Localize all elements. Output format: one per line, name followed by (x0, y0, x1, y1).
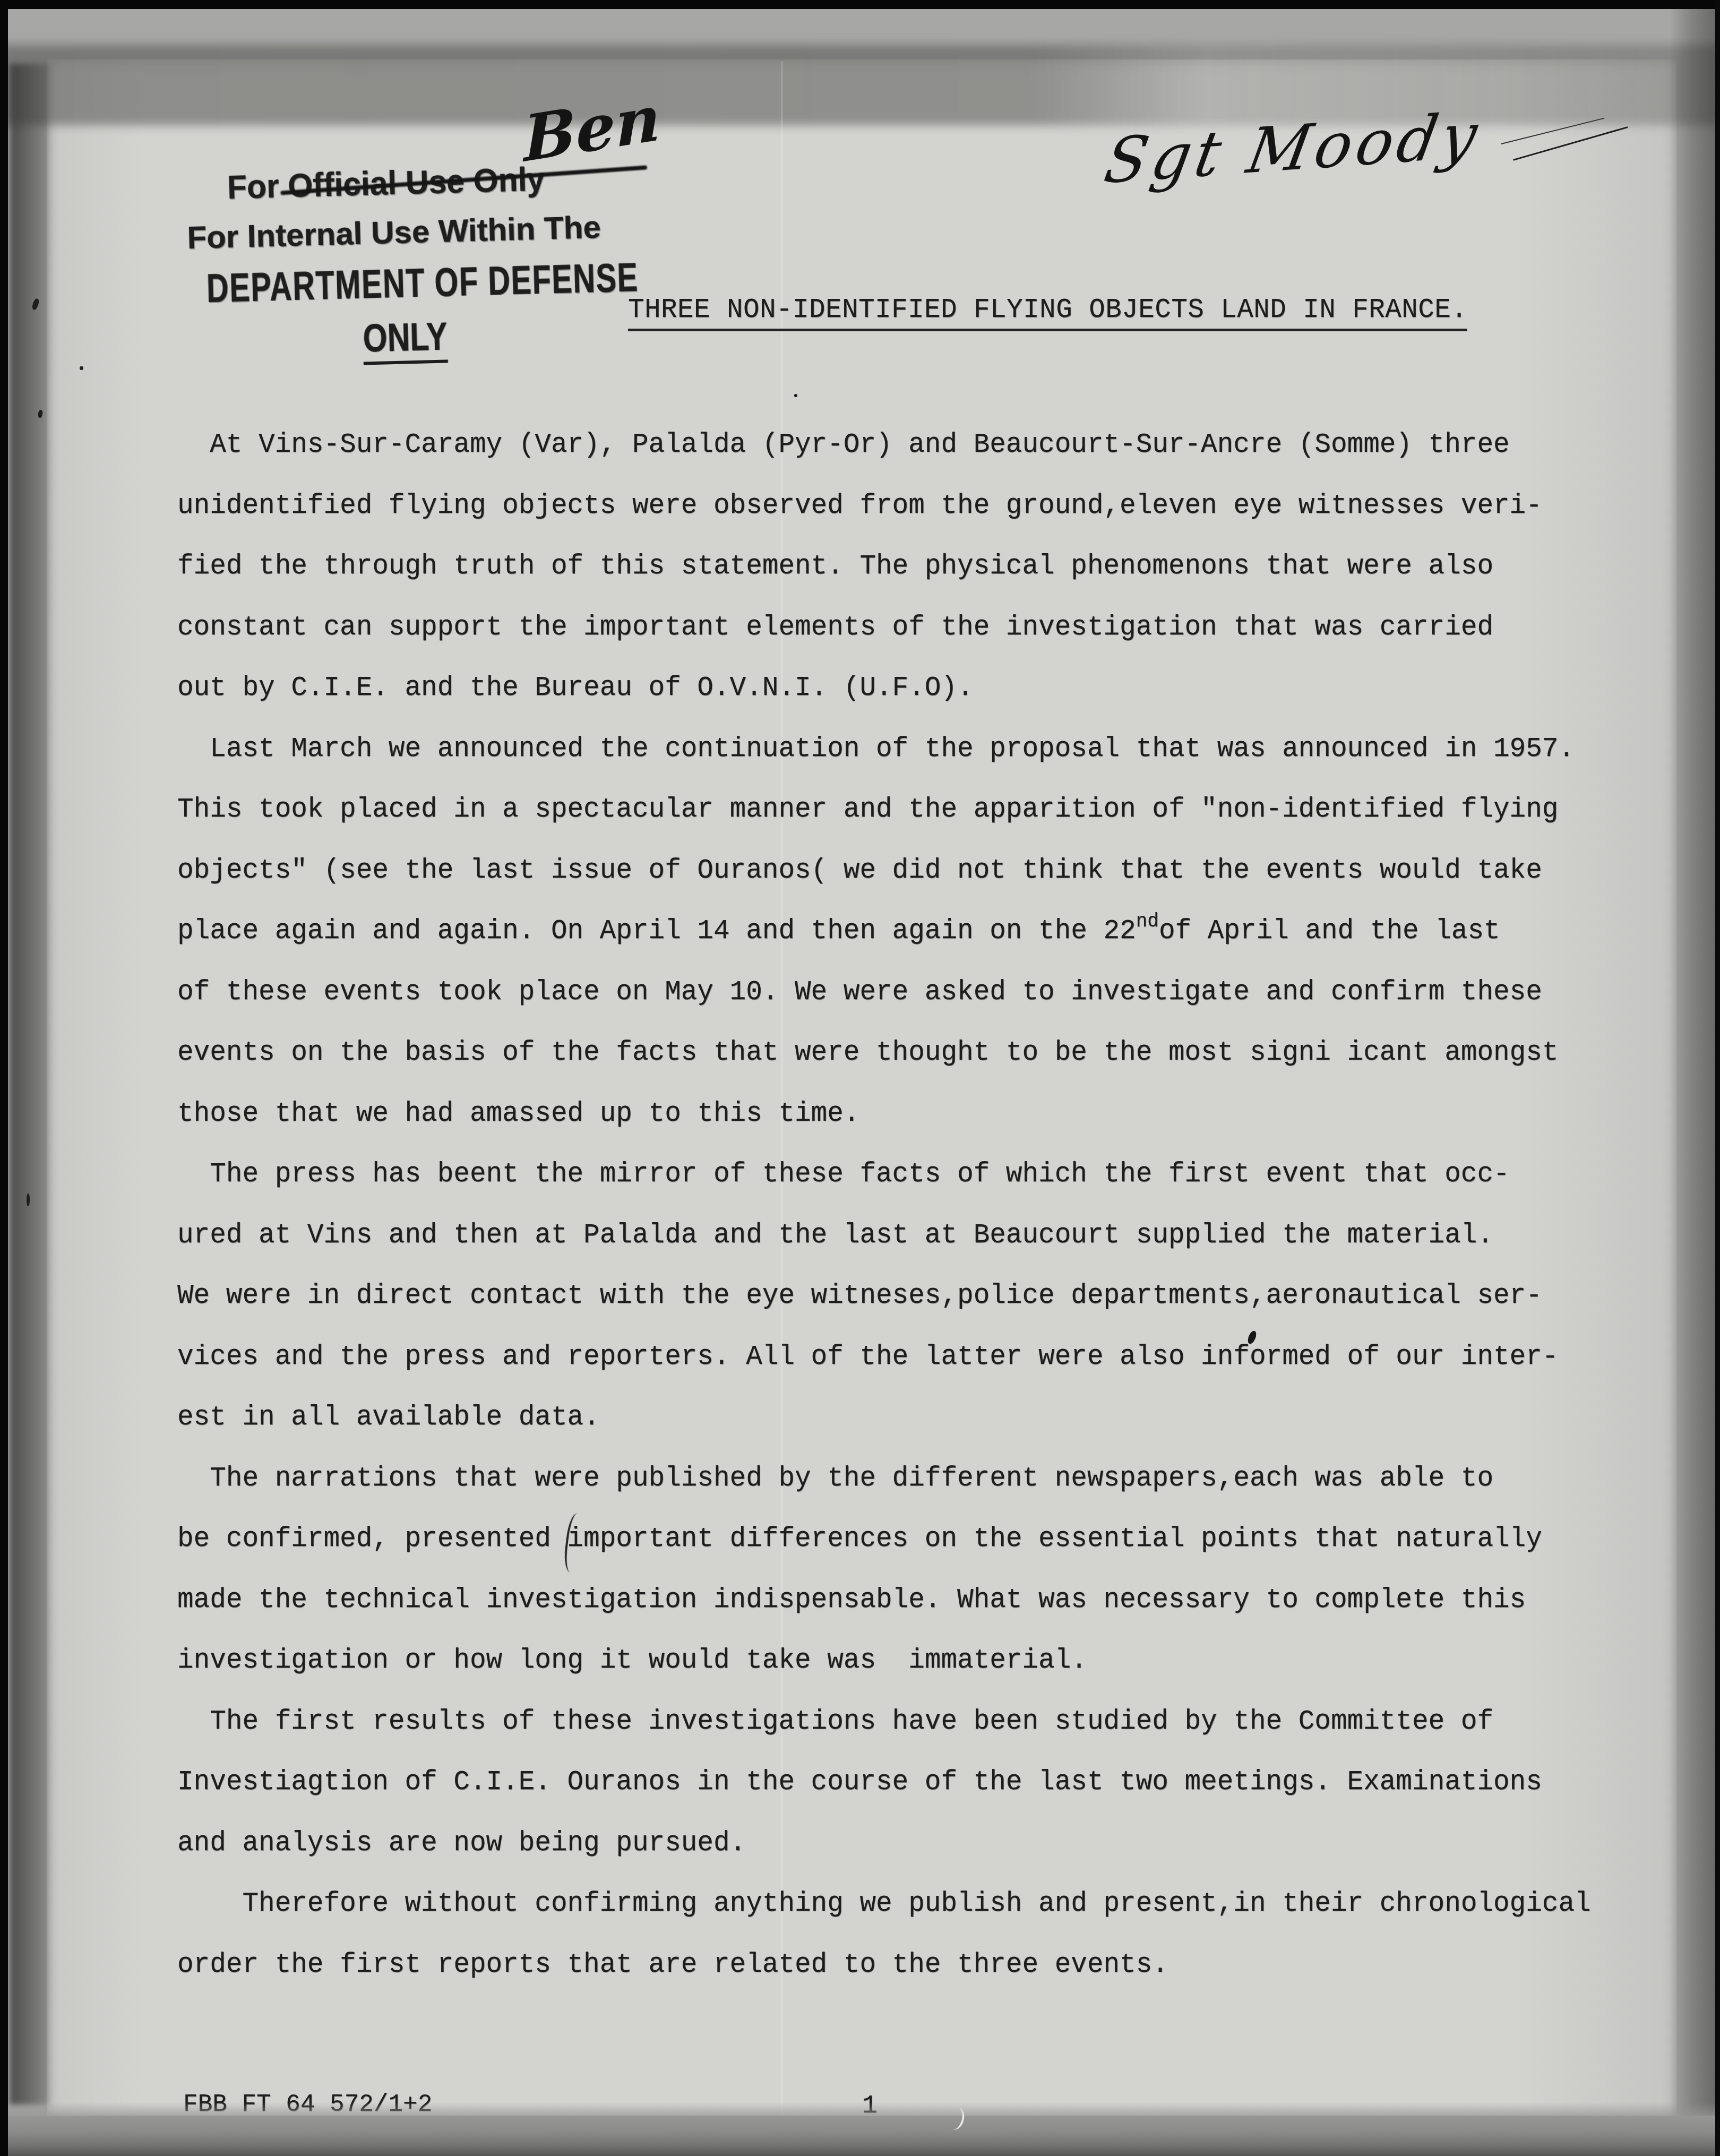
stamp-line-only: ONLY (362, 313, 448, 365)
body-line: events on the basis of the facts that we… (177, 1023, 1621, 1084)
body-line: be confirmed, presented important differ… (177, 1509, 1621, 1570)
stamp-line-official-use: For Official Use Only (227, 160, 545, 207)
ink-speck (794, 394, 797, 397)
stamp-for-prefix: For (227, 167, 288, 206)
stamp-line-department: DEPARTMENT OF DEFENSE (206, 254, 639, 312)
body-line: constant can support the important eleme… (177, 598, 1621, 659)
line-post: of April and the last (1159, 916, 1500, 947)
body-line: The press has beent the mirror of these … (177, 1145, 1621, 1206)
body-line: The first results of these investigation… (177, 1692, 1621, 1753)
body-line: those that we had amassed up to this tim… (177, 1084, 1621, 1145)
scan-margin-right (1669, 0, 1720, 2156)
body-line-with-superscript: place again and again. On April 14 and t… (177, 901, 1621, 963)
body-line: We were in direct contact with the eye w… (177, 1266, 1621, 1327)
body-line: At Vins-Sur-Caramy (Var), Palalda (Pyr-O… (177, 415, 1621, 476)
body-line: out by C.I.E. and the Bureau of O.V.N.I.… (177, 658, 1621, 719)
body-line: This took placed in a spectacular manner… (177, 780, 1621, 841)
body-line: Therefore without confirming anything we… (177, 1874, 1621, 1935)
body-line: The narrations that were published by th… (177, 1449, 1621, 1510)
classification-stamp: For Official Use Only For Internal Use W… (178, 153, 650, 378)
scan-edge-right (1715, 0, 1720, 2156)
body-line: objects" (see the last issue of Ouranos(… (177, 841, 1621, 902)
body-line: fied the through truth of this statement… (177, 537, 1621, 598)
document-title: THREE NON-IDENTIFIED FLYING OBJECTS LAND… (628, 295, 1467, 331)
line-pre: place again and again. On April 14 and t… (177, 916, 1136, 947)
scan-edge-top (0, 0, 1720, 9)
scan-band-left (10, 64, 49, 2105)
ink-speck (80, 366, 83, 370)
body-line: est in all available data. (177, 1388, 1621, 1449)
body-line: Last March we announced the continuation… (177, 719, 1621, 780)
scan-edge-left (0, 0, 8, 2156)
scan-band-bottom (0, 2116, 1720, 2156)
body-line: investigation or how long it would take … (177, 1631, 1621, 1692)
stamp-struck-text: Official Use Only (287, 160, 545, 205)
body-line: made the technical investigation indispe… (177, 1570, 1621, 1631)
body-line: Investiagtion of C.I.E. Ouranos in the c… (177, 1753, 1621, 1814)
body-line: vices and the press and reporters. All o… (177, 1327, 1621, 1388)
body-line: unidentified flying objects were observe… (177, 476, 1621, 537)
stamp-line-internal-use: For Internal Use Within The (187, 209, 601, 256)
body-line: of these events took place on May 10. We… (177, 963, 1621, 1024)
document-body: At Vins-Sur-Caramy (Var), Palalda (Pyr-O… (177, 415, 1621, 1996)
body-line: order the first reports that are related… (177, 1935, 1621, 1996)
ink-speck (27, 1193, 30, 1206)
superscript-nd: nd (1136, 910, 1159, 932)
scanned-document-page: For Official Use Only For Internal Use W… (0, 0, 1720, 2156)
body-line: and analysis are now being pursued. (177, 1814, 1621, 1875)
body-line: ured at Vins and then at Palalda and the… (177, 1206, 1621, 1267)
